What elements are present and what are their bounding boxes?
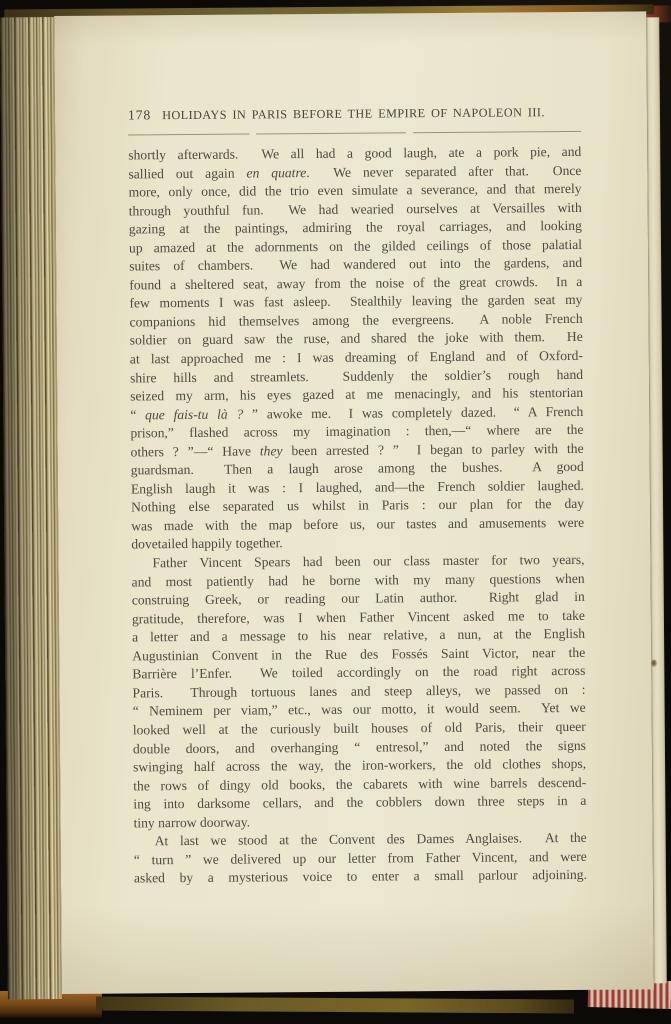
header-rule-segment: [256, 132, 406, 134]
header-rule: [128, 131, 581, 136]
running-title: HOLIDAYS IN PARIS BEFORE THE EMPIRE OF N…: [162, 105, 545, 123]
book-page: 178 HOLIDAYS IN PARIS BEFORE THE EMPIRE …: [54, 11, 654, 994]
text-line: ing into darksome cellars, and the cobbl…: [133, 792, 586, 814]
page-number: 178: [128, 107, 151, 123]
page-edge-stack: [0, 17, 62, 999]
page-header: 178 HOLIDAYS IN PARIS BEFORE THE EMPIRE …: [128, 104, 583, 124]
header-rule-segment: [128, 134, 249, 136]
text-line: asked by a mysterious voice to enter a s…: [134, 866, 587, 888]
open-book: 178 HOLIDAYS IN PARIS BEFORE THE EMPIRE …: [0, 0, 671, 1024]
page-text: shortly afterwards. We all had a good la…: [128, 143, 587, 888]
page-edge-mark: [651, 659, 657, 667]
header-rule-segment: [413, 131, 581, 133]
